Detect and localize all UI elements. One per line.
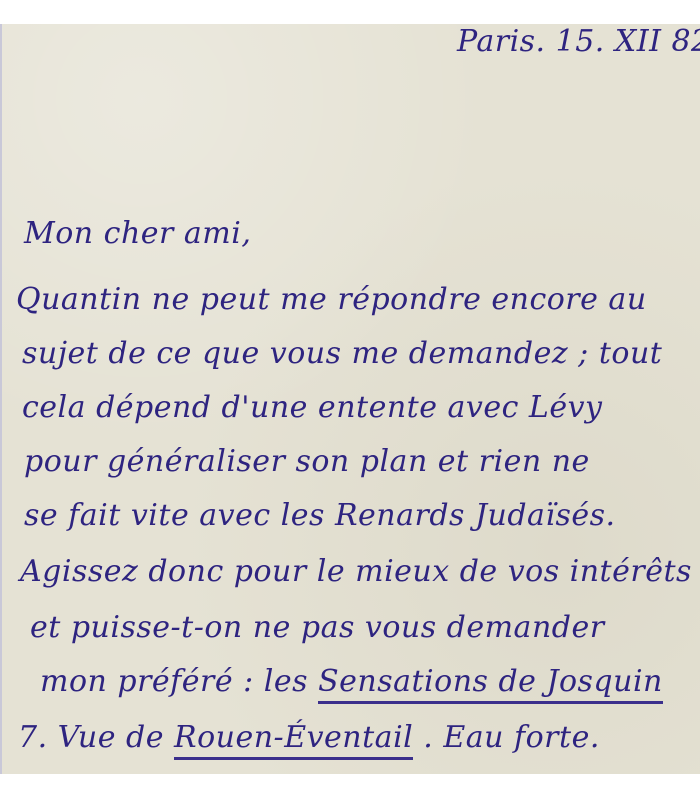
letter-line-2: sujet de ce que vous me demandez ; tout: [22, 336, 662, 371]
letter-paper: Paris. 15. XII 82 Mon cher ami, Quantin …: [0, 24, 700, 774]
letter-line-3: cela dépend d'une entente avec Lévy: [22, 390, 602, 425]
line8-prefix: mon préféré : les: [40, 664, 318, 699]
letter-line-5: se fait vite avec les Renards Judaïsés.: [24, 498, 616, 533]
salutation: Mon cher ami,: [24, 216, 251, 251]
line9-suffix: . Eau forte.: [413, 720, 600, 755]
letter-line-7: et puisse-t-on ne pas vous demander: [30, 610, 605, 645]
letter-line-1: Quantin ne peut me répondre encore au: [16, 282, 647, 317]
place-date: Paris. 15. XII 82: [457, 24, 700, 59]
underlined-title-josquin: Sensations de Josquin: [318, 664, 663, 704]
letter-line-6: Agissez donc pour le mieux de vos intérê…: [20, 554, 692, 589]
letter-line-4: pour généraliser son plan et rien ne: [24, 444, 590, 479]
letter-line-8: mon préféré : les Sensations de Josquin: [40, 664, 663, 699]
underlined-title-rouen: Rouen-Éventail: [174, 720, 413, 760]
line9-prefix: 7. Vue de: [18, 720, 174, 755]
letter-line-9: 7. Vue de Rouen-Éventail . Eau forte.: [18, 720, 600, 755]
